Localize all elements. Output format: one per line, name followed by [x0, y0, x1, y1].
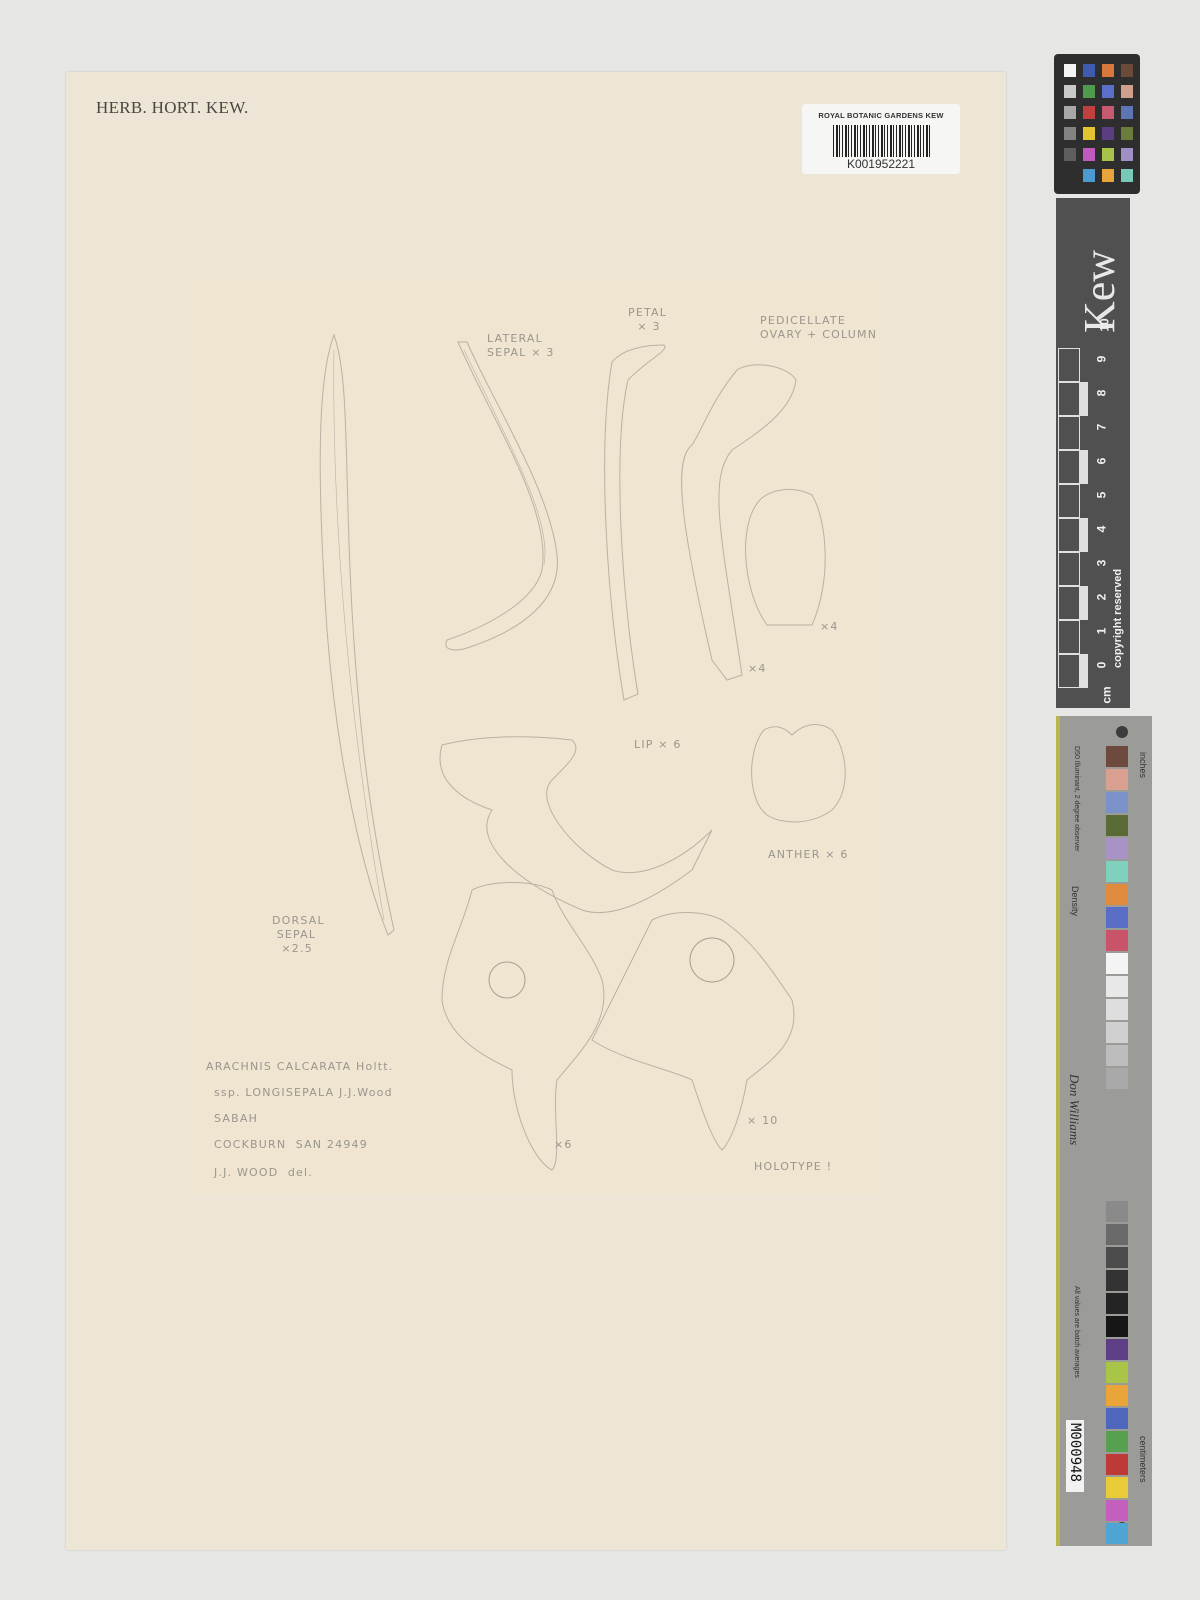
cm-alt-strip	[1080, 382, 1088, 416]
cm-segment	[1058, 518, 1080, 552]
label-holotype: HOLOTYPE !	[754, 1160, 832, 1174]
color-patch	[1083, 106, 1095, 119]
color-patch	[1083, 85, 1095, 98]
barcode-number: K001952221	[802, 157, 960, 171]
cm-alt-strip	[1080, 416, 1088, 450]
strip-color-patch	[1106, 1339, 1128, 1360]
herbarium-sheet: HERB. HORT. KEW. ROYAL BOTANIC GARDENS K…	[66, 72, 1006, 1550]
color-patch	[1102, 148, 1114, 161]
cm-number: 5	[1094, 492, 1108, 499]
strip-color-patch	[1106, 838, 1128, 859]
strip-color-patch	[1106, 1201, 1128, 1222]
color-patch	[1083, 169, 1095, 182]
color-patch	[1121, 169, 1133, 182]
strip-color-patch	[1106, 907, 1128, 928]
kew-scale-ruler: Kew copyright reserved cm 012345678910	[1056, 198, 1130, 708]
density-label: Density	[1070, 886, 1080, 916]
color-patch	[1102, 85, 1114, 98]
cm-number: 3	[1094, 560, 1108, 567]
values-note: All values are batch averages	[1073, 1286, 1080, 1378]
herbarium-stamp: HERB. HORT. KEW.	[96, 98, 249, 118]
color-patch	[1121, 127, 1133, 140]
label-anther: ANTHER × 6	[768, 848, 849, 862]
cm-alt-strip	[1080, 484, 1088, 518]
label-pedicellate-ovary-column: PEDICELLATE OVARY + COLUMN	[760, 314, 877, 342]
label-ovary-x4: ×4	[748, 662, 767, 676]
annotation-locality: SABAH	[214, 1112, 258, 1126]
color-patch	[1064, 169, 1076, 182]
cm-alt-strip	[1080, 620, 1088, 654]
color-patch	[1102, 64, 1114, 77]
annotation-subspecies: ssp. LONGISEPALA J.J.Wood	[214, 1086, 393, 1100]
label-column-x4: ×4	[820, 620, 839, 634]
strip-color-patch	[1106, 1385, 1128, 1406]
label-lateral-sepal: LATERAL SEPAL × 3	[487, 332, 555, 360]
cm-segment	[1058, 620, 1080, 654]
cm-alt-strip	[1080, 348, 1088, 382]
cm-number: 10	[1098, 318, 1112, 331]
color-patch	[1083, 64, 1095, 77]
strip-hole-top	[1116, 726, 1128, 738]
strip-color-patch	[1106, 1293, 1128, 1314]
color-patch	[1064, 85, 1076, 98]
color-patch	[1083, 148, 1095, 161]
strip-color-patch	[1106, 1247, 1128, 1268]
strip-color-patch	[1106, 1270, 1128, 1291]
pencil-sketch-icon	[192, 280, 880, 1194]
color-patch	[1121, 106, 1133, 119]
strip-color-patch	[1106, 769, 1128, 790]
strip-color-patch	[1106, 1500, 1128, 1521]
color-patch	[1102, 127, 1114, 140]
annotation-artist: J.J. WOOD del.	[214, 1166, 313, 1180]
cm-number: 7	[1094, 424, 1108, 431]
strip-color-patch	[1106, 1408, 1128, 1429]
cm-alt-strip	[1080, 450, 1088, 484]
label-petal: PETAL × 3	[628, 306, 667, 334]
cm-alt-strip	[1080, 552, 1088, 586]
annotation-collector: COCKBURN SAN 24949	[214, 1138, 368, 1152]
color-patch	[1083, 127, 1095, 140]
color-patch	[1064, 148, 1076, 161]
cm-alt-strip	[1080, 654, 1088, 688]
barcode-organization: ROYAL BOTANIC GARDENS KEW	[802, 111, 960, 120]
cm-alt-strip	[1080, 586, 1088, 620]
label-lip: LIP × 6	[634, 738, 682, 752]
strip-color-patch	[1106, 930, 1128, 951]
barcode-label: ROYAL BOTANIC GARDENS KEW K001952221	[802, 104, 960, 174]
color-patch	[1102, 169, 1114, 182]
strip-color-patch	[1106, 1362, 1128, 1383]
color-reference-strip: inches centimeters D50 Illuminant, 2 deg…	[1056, 716, 1152, 1546]
color-patch	[1102, 106, 1114, 119]
color-patch	[1121, 148, 1133, 161]
strip-color-patch	[1106, 976, 1128, 997]
cm-segment	[1058, 484, 1080, 518]
cm-segment	[1058, 654, 1080, 688]
strip-color-patch	[1106, 792, 1128, 813]
cm-segment	[1058, 382, 1080, 416]
strip-color-patch	[1106, 1477, 1128, 1498]
strip-color-patch	[1106, 953, 1128, 974]
color-patch	[1064, 127, 1076, 140]
label-lip-x6: ×6	[554, 1138, 573, 1152]
strip-color-patch	[1106, 1224, 1128, 1245]
color-patch	[1121, 64, 1133, 77]
cm-number: 0	[1094, 662, 1108, 669]
strip-unit-centimeters: centimeters	[1138, 1436, 1148, 1483]
cm-number: 4	[1094, 526, 1108, 533]
cm-alt-strip	[1080, 518, 1088, 552]
cm-number: 9	[1094, 356, 1108, 363]
barcode-icon	[833, 125, 931, 157]
label-lip-x10: × 10	[747, 1114, 779, 1128]
strip-id-label: M000948	[1066, 1420, 1084, 1492]
strip-color-patch	[1106, 746, 1128, 767]
cm-number: 8	[1094, 390, 1108, 397]
strip-color-patch	[1106, 999, 1128, 1020]
strip-color-patch	[1106, 1431, 1128, 1452]
don-williams-brand: Don Williams	[1066, 1074, 1082, 1145]
strip-color-patch	[1106, 1068, 1128, 1089]
label-dorsal-sepal: DORSAL SEPAL ×2.5	[272, 914, 325, 955]
strip-unit-inches: inches	[1138, 752, 1148, 778]
color-checker-card	[1054, 54, 1140, 194]
strip-color-patch	[1106, 1045, 1128, 1066]
strip-color-patch	[1106, 861, 1128, 882]
cm-segment	[1058, 586, 1080, 620]
strip-color-patch	[1106, 1022, 1128, 1043]
cm-segment	[1058, 552, 1080, 586]
strip-color-patch	[1106, 1523, 1128, 1544]
cm-segment	[1058, 348, 1080, 382]
cm-segment	[1058, 416, 1080, 450]
cm-number: 1	[1094, 628, 1108, 635]
strip-color-patch	[1106, 884, 1128, 905]
cm-segment	[1058, 450, 1080, 484]
strip-color-patch	[1106, 1316, 1128, 1337]
botanical-drawing: LATERAL SEPAL × 3 PETAL × 3 PEDICELLATE …	[192, 280, 880, 1194]
color-patch	[1064, 106, 1076, 119]
cm-number: 2	[1094, 594, 1108, 601]
color-patch	[1121, 85, 1133, 98]
illuminant-note: D50 Illuminant, 2 degree observer	[1073, 746, 1080, 851]
annotation-taxon: ARACHNIS CALCARATA Holtt.	[206, 1060, 393, 1074]
strip-color-patch	[1106, 815, 1128, 836]
color-patch	[1064, 64, 1076, 77]
strip-color-patch	[1106, 1454, 1128, 1475]
copyright-text: copyright reserved	[1112, 569, 1124, 668]
ruler-unit: cm	[1100, 686, 1114, 703]
cm-number: 6	[1094, 458, 1108, 465]
